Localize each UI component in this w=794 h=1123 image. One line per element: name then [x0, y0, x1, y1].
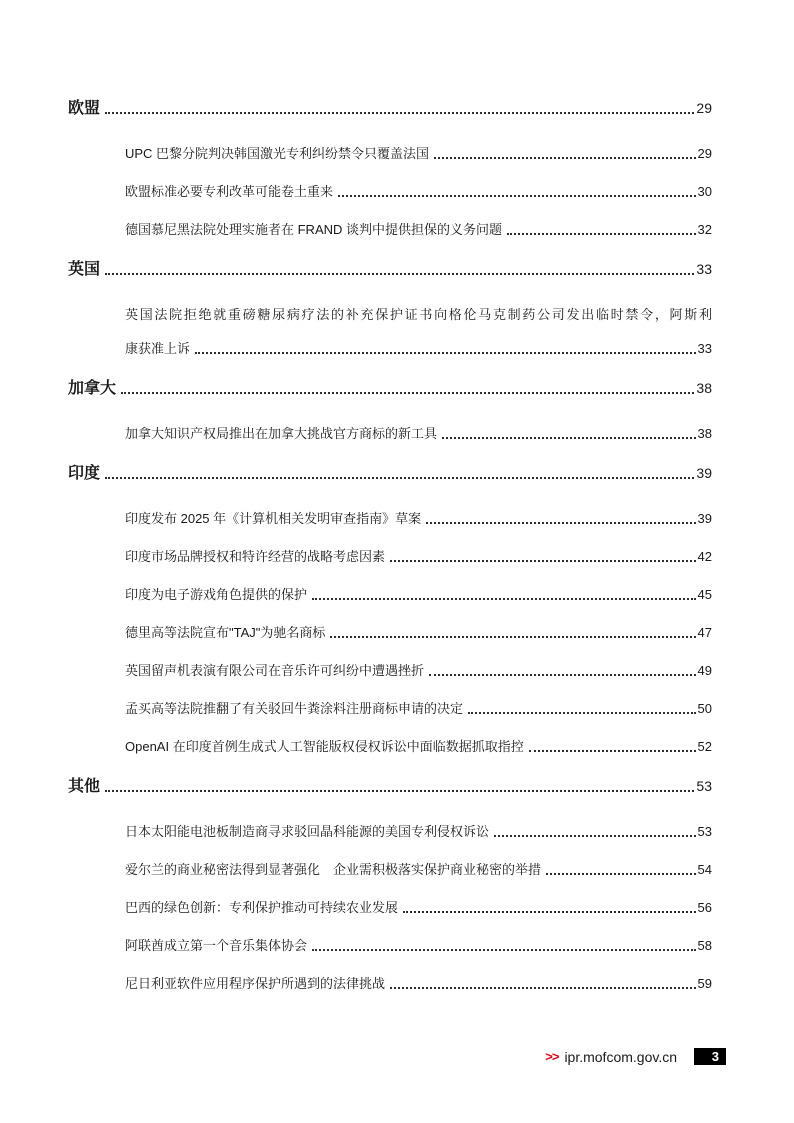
page-number: 53 [698, 824, 712, 840]
toc-entry-title: UPC 巴黎分院判决韩国激光专利纠纷禁令只覆盖法国 [125, 146, 429, 162]
page-number: 49 [698, 663, 712, 679]
toc-heading-row[interactable]: 印度 39 [68, 464, 712, 483]
double-chevron-icon: >> [545, 1049, 558, 1064]
toc-entry[interactable]: 印度市场品牌授权和特许经营的战略考虑因素 42 [68, 549, 712, 565]
dotted-leader [312, 598, 696, 600]
toc-entry[interactable]: 印度发布 2025 年《计算机相关发明审查指南》草案 39 [68, 511, 712, 527]
dotted-leader [507, 233, 696, 235]
dotted-leader [434, 157, 695, 159]
page-number: 53 [696, 777, 712, 795]
page-number: 39 [696, 464, 712, 482]
toc-entry[interactable]: 英国法院拒绝就重磅糖尿病疗法的补充保护证书向格伦马克制药公司发出临时禁令，阿斯利… [68, 307, 712, 357]
toc-entry-title: 尼日利亚软件应用程序保护所遇到的法律挑战 [125, 976, 385, 992]
dotted-leader [442, 437, 696, 439]
page-number: 32 [698, 222, 712, 238]
toc-entry-title: 德里高等法院宣布"TAJ"为驰名商标 [125, 625, 325, 641]
toc-section-other: 其他 53 日本太阳能电池板制造商寻求驳回晶科能源的美国专利侵权诉讼 53 爱尔… [68, 777, 712, 992]
toc-entry[interactable]: 德国慕尼黑法院处理实施者在 FRAND 谈判中提供担保的义务问题 32 [68, 222, 712, 238]
page-number: 50 [698, 701, 712, 717]
dotted-leader [494, 835, 696, 837]
dotted-leader [330, 636, 695, 638]
toc-heading-row[interactable]: 英国 33 [68, 260, 712, 279]
toc-entry[interactable]: 阿联酋成立第一个音乐集体协会 58 [68, 938, 712, 954]
dotted-leader [121, 392, 694, 394]
toc-section-india: 印度 39 印度发布 2025 年《计算机相关发明审查指南》草案 39 印度市场… [68, 464, 712, 755]
page-number: 45 [698, 587, 712, 603]
toc-heading-row[interactable]: 加拿大 38 [68, 379, 712, 398]
footer-site-link[interactable]: ipr.mofcom.gov.cn [564, 1049, 677, 1065]
toc-entry-title: 孟买高等法院推翻了有关驳回牛粪涂料注册商标申请的决定 [125, 701, 463, 717]
page-number: 56 [698, 900, 712, 916]
dotted-leader [195, 352, 696, 354]
toc-entry-title-line2: 康获准上诉 [125, 341, 190, 357]
dotted-leader [105, 112, 694, 114]
page-number: 29 [698, 146, 712, 162]
section-heading: 英国 [68, 261, 100, 279]
toc-section-eu: 欧盟 29 UPC 巴黎分院判决韩国激光专利纠纷禁令只覆盖法国 29 欧盟标准必… [68, 99, 712, 238]
toc-entry[interactable]: 日本太阳能电池板制造商寻求驳回晶科能源的美国专利侵权诉讼 53 [68, 824, 712, 840]
page-number: 47 [698, 625, 712, 641]
toc-entry[interactable]: 德里高等法院宣布"TAJ"为驰名商标 47 [68, 625, 712, 641]
page-number: 33 [698, 341, 712, 357]
page-footer: >> ipr.mofcom.gov.cn 3 [545, 1048, 726, 1065]
toc-entry-title: 巴西的绿色创新：专利保护推动可持续农业发展 [125, 900, 398, 916]
dotted-leader [390, 987, 696, 989]
page-number: 39 [698, 511, 712, 527]
toc-entry-title: 阿联酋成立第一个音乐集体协会 [125, 938, 307, 954]
page-number-badge: 3 [694, 1048, 726, 1065]
toc-entry[interactable]: 巴西的绿色创新：专利保护推动可持续农业发展 56 [68, 900, 712, 916]
toc-entry[interactable]: 加拿大知识产权局推出在加拿大挑战官方商标的新工具 38 [68, 426, 712, 442]
dotted-leader [403, 911, 696, 913]
page-number: 38 [698, 426, 712, 442]
table-of-contents: 欧盟 29 UPC 巴黎分院判决韩国激光专利纠纷禁令只覆盖法国 29 欧盟标准必… [68, 99, 712, 1014]
section-heading: 欧盟 [68, 100, 100, 118]
toc-entry-title: 加拿大知识产权局推出在加拿大挑战官方商标的新工具 [125, 426, 437, 442]
page-number: 42 [698, 549, 712, 565]
toc-entry-title: 日本太阳能电池板制造商寻求驳回晶科能源的美国专利侵权诉讼 [125, 824, 489, 840]
toc-entry-title: 欧盟标准必要专利改革可能卷土重来 [125, 184, 333, 200]
toc-section-uk: 英国 33 英国法院拒绝就重磅糖尿病疗法的补充保护证书向格伦马克制药公司发出临时… [68, 260, 712, 357]
toc-entry-title: 印度为电子游戏角色提供的保护 [125, 587, 307, 603]
toc-entry-title: 印度发布 2025 年《计算机相关发明审查指南》草案 [125, 511, 421, 527]
toc-entry[interactable]: OpenAI 在印度首例生成式人工智能版权侵权诉讼中面临数据抓取指控 52 [68, 739, 712, 755]
toc-entry-title-line1: 英国法院拒绝就重磅糖尿病疗法的补充保护证书向格伦马克制药公司发出临时禁令，阿斯利 [68, 307, 712, 323]
dotted-leader [338, 195, 696, 197]
dotted-leader [105, 477, 694, 479]
section-heading: 加拿大 [68, 380, 116, 398]
toc-entry-title: OpenAI 在印度首例生成式人工智能版权侵权诉讼中面临数据抓取指控 [125, 739, 524, 755]
toc-heading-row[interactable]: 欧盟 29 [68, 99, 712, 118]
dotted-leader [546, 873, 696, 875]
toc-entry-title: 印度市场品牌授权和特许经营的战略考虑因素 [125, 549, 385, 565]
page-number: 58 [698, 938, 712, 954]
toc-heading-row[interactable]: 其他 53 [68, 777, 712, 796]
dotted-leader [105, 273, 694, 275]
dotted-leader [390, 560, 696, 562]
page-number: 52 [698, 739, 712, 755]
toc-entry[interactable]: UPC 巴黎分院判决韩国激光专利纠纷禁令只覆盖法国 29 [68, 146, 712, 162]
toc-entry[interactable]: 英国留声机表演有限公司在音乐许可纠纷中遭遇挫折 49 [68, 663, 712, 679]
page-number: 30 [698, 184, 712, 200]
toc-entry-title: 爱尔兰的商业秘密法得到显著强化 企业需积极落实保护商业秘密的举措 [125, 862, 541, 878]
page-number: 59 [698, 976, 712, 992]
dotted-leader [312, 949, 696, 951]
section-heading: 印度 [68, 465, 100, 483]
section-heading: 其他 [68, 778, 100, 796]
page-number: 33 [696, 260, 712, 278]
toc-entry[interactable]: 印度为电子游戏角色提供的保护 45 [68, 587, 712, 603]
page-number: 54 [698, 862, 712, 878]
toc-entry[interactable]: 欧盟标准必要专利改革可能卷土重来 30 [68, 184, 712, 200]
page-number: 38 [696, 379, 712, 397]
toc-entry[interactable]: 尼日利亚软件应用程序保护所遇到的法律挑战 59 [68, 976, 712, 992]
dotted-leader [429, 674, 696, 676]
dotted-leader [468, 712, 696, 714]
toc-entry[interactable]: 爱尔兰的商业秘密法得到显著强化 企业需积极落实保护商业秘密的举措 54 [68, 862, 712, 878]
dotted-leader [529, 750, 696, 752]
toc-section-canada: 加拿大 38 加拿大知识产权局推出在加拿大挑战官方商标的新工具 38 [68, 379, 712, 442]
toc-entry-title: 英国留声机表演有限公司在音乐许可纠纷中遭遇挫折 [125, 663, 424, 679]
page-number: 29 [696, 99, 712, 117]
dotted-leader [426, 522, 695, 524]
dotted-leader [105, 790, 694, 792]
toc-entry-title: 德国慕尼黑法院处理实施者在 FRAND 谈判中提供担保的义务问题 [125, 222, 502, 238]
toc-entry[interactable]: 孟买高等法院推翻了有关驳回牛粪涂料注册商标申请的决定 50 [68, 701, 712, 717]
